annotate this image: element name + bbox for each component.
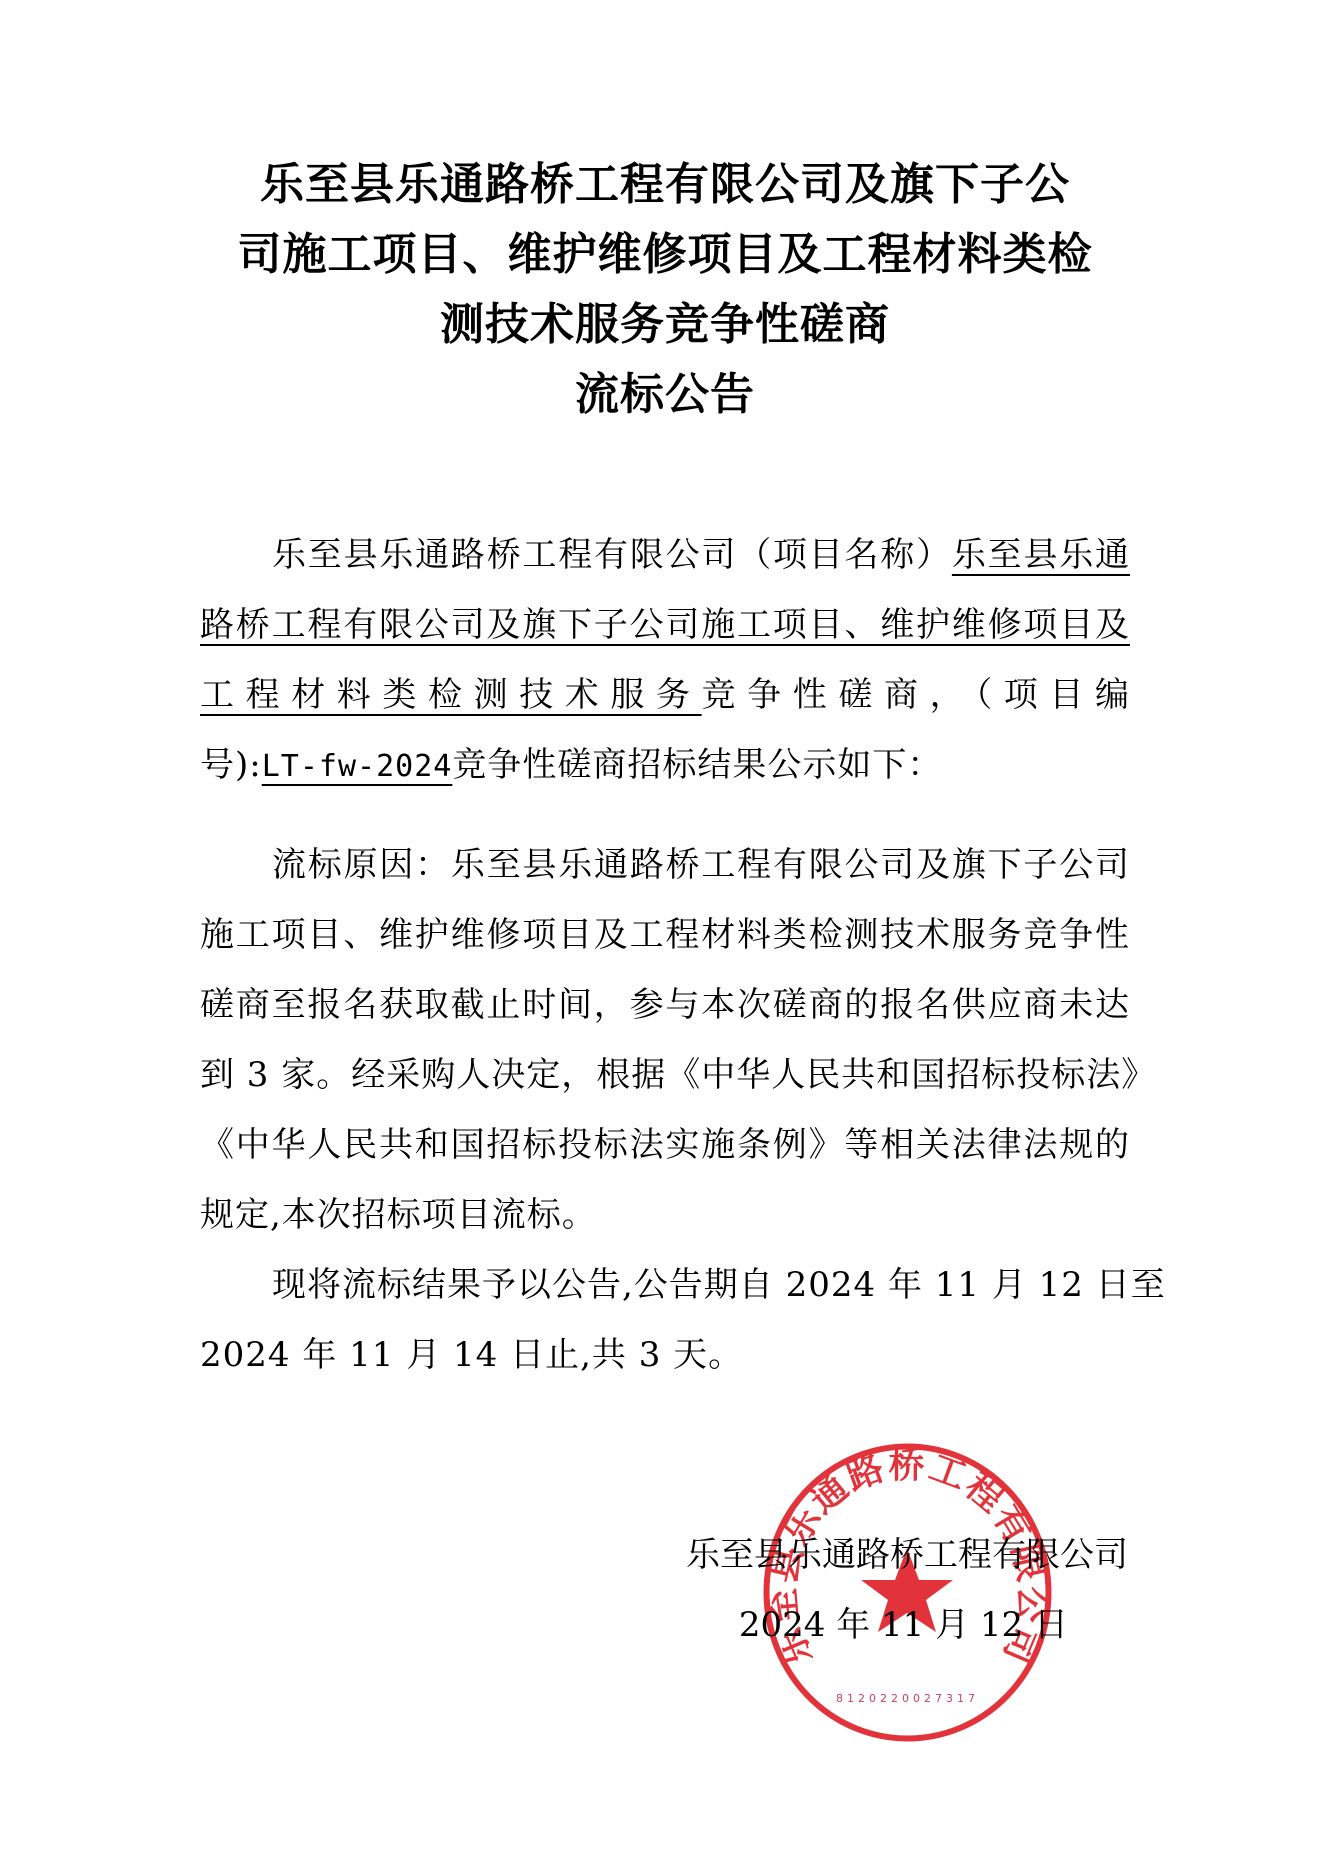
- notice-line: 2024 年 11 月 14 日止,共 3 天。: [200, 1320, 1130, 1390]
- intro-text: 竞争性磋商招标结果公示如下：: [452, 745, 942, 785]
- intro-text: 号):: [200, 745, 262, 785]
- project-name-underlined: 乐至县乐通: [952, 535, 1130, 575]
- intro-line-2: 路桥工程有限公司及旗下子公司施工项目、维护维修项目及: [200, 590, 1130, 660]
- notice-period-paragraph: 现将流标结果予以公告,公告期自 2024 年 11 月 12 日至 2024 年…: [200, 1250, 1130, 1390]
- notice-line: 现将流标结果予以公告,公告期自 2024 年 11 月 12 日至: [200, 1250, 1130, 1320]
- intro-line-3: 工程材料类检测技术服务竞争性磋商，（项目编: [200, 660, 1130, 730]
- reason-line: 磋商至报名获取截止时间，参与本次磋商的报名供应商未达: [200, 970, 1130, 1040]
- intro-line-4: 号):LT-fw-2024竞争性磋商招标结果公示如下：: [200, 730, 1130, 800]
- reason-line: 规定,本次招标项目流标。: [200, 1180, 1130, 1250]
- document-page: 乐至县乐通路桥工程有限公司及旗下子公 司施工项目、维护维修项目及工程材料类检 测…: [0, 0, 1323, 1871]
- reason-line: 流标原因：乐至县乐通路桥工程有限公司及旗下子公司: [200, 830, 1130, 900]
- intro-text: 乐至县乐通路桥工程有限公司（项目名称）: [272, 535, 952, 575]
- title-line-2: 司施工项目、维护维修项目及工程材料类检: [200, 220, 1130, 290]
- signature-company: 乐至县乐通路桥工程有限公司: [686, 1520, 1128, 1590]
- stamp-serial: 8120220027317: [836, 1692, 979, 1705]
- intro-line-1: 乐至县乐通路桥工程有限公司（项目名称）乐至县乐通: [200, 520, 1130, 590]
- title-line-3: 测技术服务竞争性磋商: [200, 290, 1130, 360]
- reason-line: 到 3 家。经采购人决定，根据《中华人民共和国招标投标法》: [200, 1040, 1130, 1110]
- signature-date: 2024 年 11 月 12 日: [739, 1590, 1068, 1660]
- reason-line: 《中华人民共和国招标投标法实施条例》等相关法律法规的: [200, 1110, 1130, 1180]
- title-line-1: 乐至县乐通路桥工程有限公司及旗下子公: [200, 150, 1130, 220]
- reason-line: 施工项目、维护维修项目及工程材料类检测技术服务竞争性: [200, 900, 1130, 970]
- project-name-underlined: 工程材料类检测技术服务: [200, 675, 702, 715]
- title-line-4: 流标公告: [200, 360, 1130, 430]
- reason-paragraph: 流标原因：乐至县乐通路桥工程有限公司及旗下子公司 施工项目、维护维修项目及工程材…: [200, 830, 1130, 1250]
- document-title: 乐至县乐通路桥工程有限公司及旗下子公 司施工项目、维护维修项目及工程材料类检 测…: [200, 150, 1130, 430]
- project-name-underlined: 路桥工程有限公司及旗下子公司施工项目、维护维修项目及: [200, 605, 1130, 645]
- intro-paragraph: 乐至县乐通路桥工程有限公司（项目名称）乐至县乐通 路桥工程有限公司及旗下子公司施…: [200, 520, 1130, 800]
- project-code: LT-fw-2024: [262, 749, 453, 784]
- intro-text: 竞争性磋商，（项目编: [702, 675, 1130, 715]
